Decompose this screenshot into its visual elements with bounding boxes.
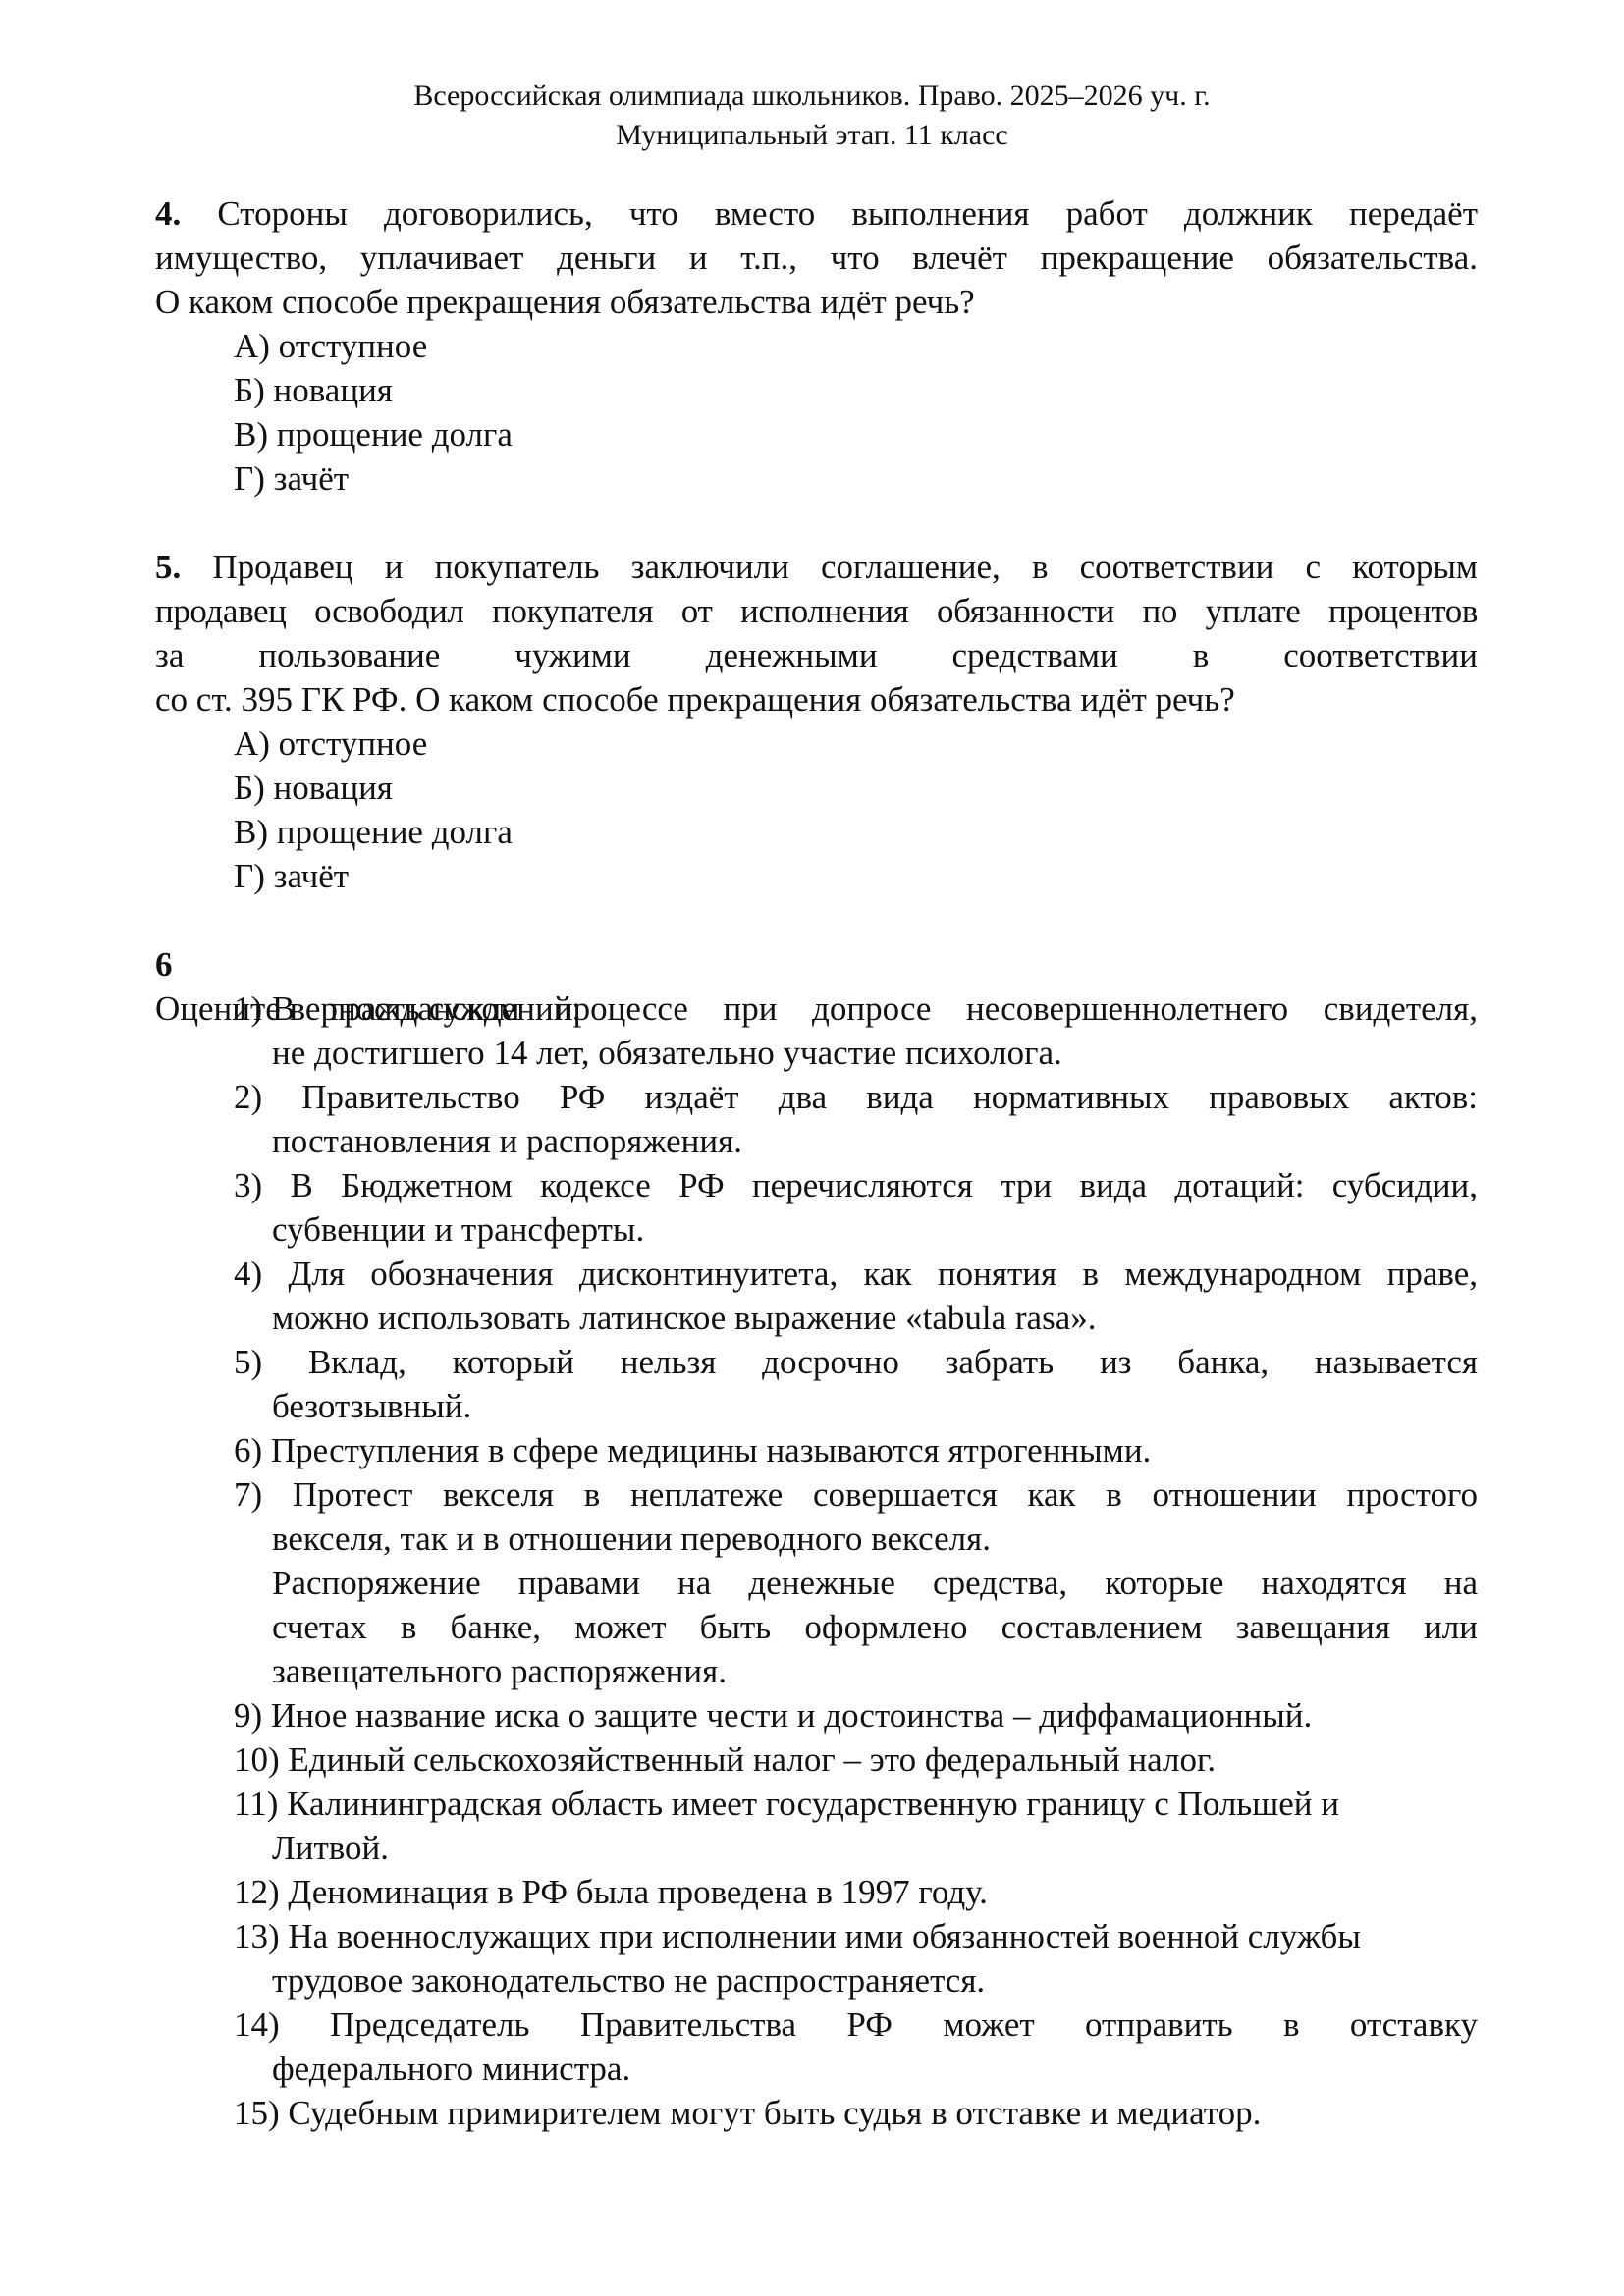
question-4-option-a: А) отступное [234, 325, 427, 368]
question-5-option-b: Б) новация [234, 767, 393, 810]
question-4-option-b: Б) новация [234, 369, 393, 412]
question-5-option-a: А) отступное [234, 722, 427, 766]
question-4-line-3: О каком способе прекращения обязательств… [155, 281, 975, 324]
question-5-line-3: за пользование чужими денежными средства… [155, 634, 1478, 677]
statement-7-line-2: векселя, так и в отношении переводного в… [272, 1518, 991, 1561]
statement-2-line-2: постановления и распоряжения. [272, 1120, 742, 1163]
question-4-number: 4. [155, 194, 181, 233]
statement-2-line-1: 2) Правительство РФ издаёт два вида норм… [234, 1076, 1478, 1119]
statement-1-number: 1) [234, 988, 262, 1031]
statement-3-line-2: субвенции и трансферты. [272, 1208, 644, 1252]
header-title: Всероссийская олимпиада школьников. Прав… [0, 79, 1624, 114]
question-5-option-c: В) прощение долга [234, 811, 513, 854]
statement-8-line-1: Распоряжение правами на денежные средств… [272, 1562, 1478, 1605]
statement-5-line-2: безотзывный. [272, 1385, 471, 1428]
statement-4-line-1: 4) Для обозначения дисконтинуитета, как … [234, 1253, 1478, 1296]
statement-13-line-1: 13) На военнослужащих при исполнении ими… [234, 1915, 1361, 1958]
statement-8-line-2: счетах в банке, может быть оформлено сос… [272, 1606, 1478, 1649]
question-4-option-c: В) прощение долга [234, 413, 513, 456]
statement-14-line-2: федерального министра. [272, 2048, 630, 2091]
statement-8-line-3: завещательного распоряжения. [272, 1650, 727, 1693]
question-5-line-4: со ст. 395 ГК РФ. О каком способе прекра… [155, 678, 1235, 721]
question-4-option-d: Г) зачёт [234, 457, 349, 501]
question-5-line-2: продавец освободил покупателя от исполне… [155, 590, 1478, 633]
question-4-line-2: имущество, уплачивает деньги и т.п., что… [155, 237, 1478, 280]
statement-12-line-1: 12) Деноминация в РФ была проведена в 19… [234, 1871, 988, 1914]
statement-3-line-1: 3) В Бюджетном кодексе РФ перечисляются … [234, 1164, 1478, 1207]
statement-14-line-1: 14) Председатель Правительства РФ может … [234, 2003, 1478, 2047]
question-6-number: 6 [155, 943, 173, 987]
question-5-number: 5. [155, 548, 181, 586]
question-5-line-1: 5. Продавец и покупатель заключили согла… [155, 546, 1478, 589]
statement-11-line-2: Литвой. [272, 1827, 389, 1870]
statement-13-line-2: трудовое законодательство не распростран… [272, 1959, 985, 2002]
statement-4-line-2: можно использовать латинское выражение «… [272, 1297, 1097, 1340]
statement-1-line-1: В гражданском процессе при допросе несов… [272, 988, 1478, 1031]
question-5-option-d: Г) зачёт [234, 855, 349, 898]
header-subtitle: Муниципальный этап. 11 класс [0, 118, 1624, 153]
statement-1-line-2: не достигшего 14 лет, обязательно участи… [272, 1032, 1062, 1075]
statement-7-line-1: 7) Протест векселя в неплатеже совершает… [234, 1473, 1478, 1517]
statement-5-line-1: 5) Вклад, который нельзя досрочно забрат… [234, 1341, 1478, 1384]
document-page: Всероссийская олимпиада школьников. Прав… [0, 0, 1624, 2296]
statement-11-line-1: 11) Калининградская область имеет госуда… [234, 1783, 1339, 1826]
statement-6-line-1: 6) Преступления в сфере медицины называю… [234, 1429, 1151, 1472]
question-4-line-1: 4. Стороны договорились, что вместо выпо… [155, 192, 1478, 236]
statement-10-line-1: 10) Единый сельскохозяйственный налог – … [234, 1738, 1216, 1782]
statement-15-line-1: 15) Судебным примирителем могут быть суд… [234, 2092, 1261, 2135]
statement-9-line-1: 9) Иное название иска о защите чести и д… [234, 1694, 1312, 1737]
